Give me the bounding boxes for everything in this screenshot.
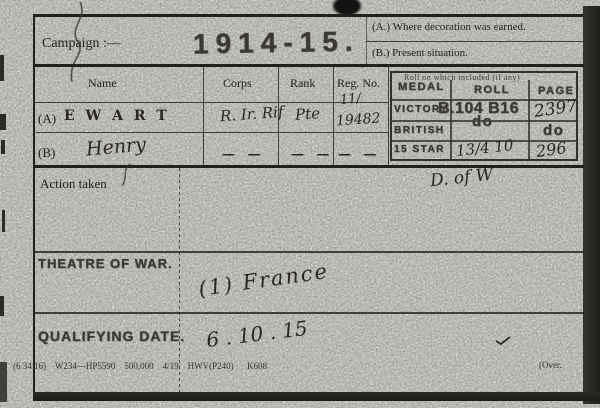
action-taken-value: D. of W	[429, 165, 494, 192]
theatre-of-war-value: (1) France	[197, 259, 330, 301]
card-right-edge-band	[583, 6, 600, 404]
row-a-reg-no-prefix: 11/	[339, 91, 361, 108]
page-column-header: PAGE	[538, 85, 574, 97]
medal-column-header: MEDAL	[398, 81, 445, 93]
theatre-section-top-line	[33, 251, 584, 253]
section-vertical-divider	[179, 168, 180, 392]
column-header-name: Name	[88, 76, 117, 91]
medal-index-card-scan: Campaign :— 1914-15. (A.) Where decorati…	[0, 0, 600, 408]
column-divider	[203, 67, 204, 166]
card-left-border	[33, 14, 35, 393]
notes-left-divider	[366, 16, 367, 64]
check-mark	[494, 335, 512, 347]
row-b-corps-dashes: — —	[222, 147, 265, 162]
column-header-corps: Corps	[223, 76, 252, 91]
row-b-rank-dashes: — —	[291, 147, 334, 162]
note-b: (B.) Present situation.	[372, 47, 468, 59]
over-note: (Over.	[539, 360, 562, 370]
row-a-rank: Pte	[294, 104, 320, 124]
row-a-reg-no: 19482	[335, 110, 381, 129]
medal-row-british: BRITISH	[394, 125, 445, 136]
header-row-underline	[33, 102, 388, 103]
qualifying-date-label: QUALIFYING DATE.	[38, 328, 185, 344]
left-edge-artifact	[0, 114, 6, 130]
card-bottom-edge-band	[33, 392, 600, 401]
note-a: (A.) Where decoration was earned.	[372, 21, 526, 33]
column-header-rank: Rank	[290, 76, 315, 91]
pen-stroke	[116, 162, 136, 188]
row-a-prefix: (A)	[38, 111, 56, 127]
british-page-value: do	[543, 122, 564, 139]
row-b-prefix: (B)	[38, 145, 55, 161]
column-header-reg-no: Reg. No.	[337, 76, 380, 91]
medal-row-15-star: 15 STAR	[394, 144, 445, 155]
left-edge-artifact	[2, 210, 5, 232]
roll-column-header: ROLL	[474, 84, 510, 96]
left-edge-artifact	[1, 140, 5, 154]
notes-divider	[366, 41, 583, 42]
left-edge-artifact	[0, 362, 7, 402]
row-b-name: Henry	[85, 133, 147, 160]
row-a-corps: R. Ir. Rif	[219, 103, 284, 125]
row-b-reg-no-dashes: — —	[338, 147, 381, 162]
row-a-rule-line	[36, 132, 388, 133]
left-edge-artifact	[0, 296, 4, 316]
qualifying-date-value: 6 . 10 . 15	[205, 316, 309, 352]
campaign-row-bottom-border	[33, 64, 584, 67]
pen-squiggle	[58, 0, 98, 84]
left-edge-artifact	[0, 55, 4, 81]
action-taken-label: Action taken	[40, 176, 107, 192]
campaign-stamp-1914-15: 1914-15.	[193, 26, 360, 61]
theatre-of-war-label: THEATRE OF WAR.	[38, 256, 173, 271]
card-top-border	[33, 14, 584, 17]
qualifying-section-top-line	[33, 312, 584, 314]
british-roll-value: do	[472, 113, 493, 130]
column-divider	[388, 67, 389, 166]
printer-code: (6 34 16) W234—HP5590 500,000 4/19 HWV(P…	[13, 361, 267, 371]
row-a-name: E W A R T	[64, 108, 170, 124]
